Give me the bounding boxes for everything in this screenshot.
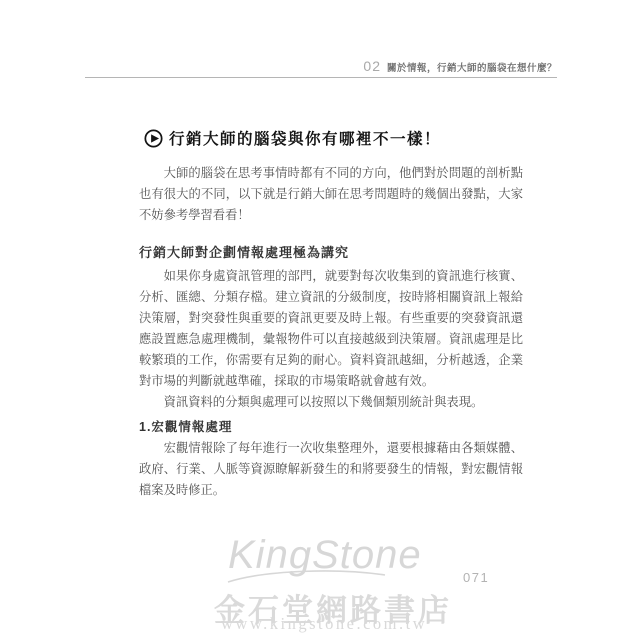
- kingstone-url: www.kingstone.com.tw: [221, 614, 427, 634]
- paragraph-intro: 大師的腦袋在思考事情時都有不同的方向，他們對於問題的剖析點也有很大的不同，以下就…: [139, 163, 523, 226]
- paragraph-macro-info: 宏觀情報除了每年進行一次收集整理外，還要根據藉由各類媒體、政府、行業、人脈等資源…: [139, 438, 523, 501]
- watermark-swoosh-line: [226, 566, 388, 586]
- subheading-info-handling: 行銷大師對企劃情報處理極為講究: [139, 242, 349, 261]
- page-header: 02 關於情報，行銷大師的腦袋在想什麼？: [363, 58, 557, 74]
- header-divider: [85, 77, 557, 78]
- paragraph-info-handling: 如果你身處資訊管理的部門，就要對每次收集到的資訊進行核實、分析、匯總、分類存檔。…: [139, 266, 523, 392]
- page-number: 071: [463, 570, 489, 585]
- book-page: 02 關於情報，行銷大師的腦袋在想什麼？ 行銷大師的腦袋與你有哪裡不一樣！ 大師…: [0, 0, 640, 640]
- section-title-text: 行銷大師的腦袋與你有哪裡不一樣！: [169, 127, 441, 149]
- play-circle-icon: [144, 129, 163, 148]
- subheading-macro-info: 1.宏觀情報處理: [139, 417, 232, 435]
- section-title: 行銷大師的腦袋與你有哪裡不一樣！: [144, 127, 441, 149]
- chapter-number: 02: [363, 58, 381, 74]
- paragraph-classification: 資訊資料的分類與處理可以按照以下幾個類別統計與表現。: [139, 392, 523, 413]
- chapter-title: 關於情報，行銷大師的腦袋在想什麼？: [387, 60, 557, 74]
